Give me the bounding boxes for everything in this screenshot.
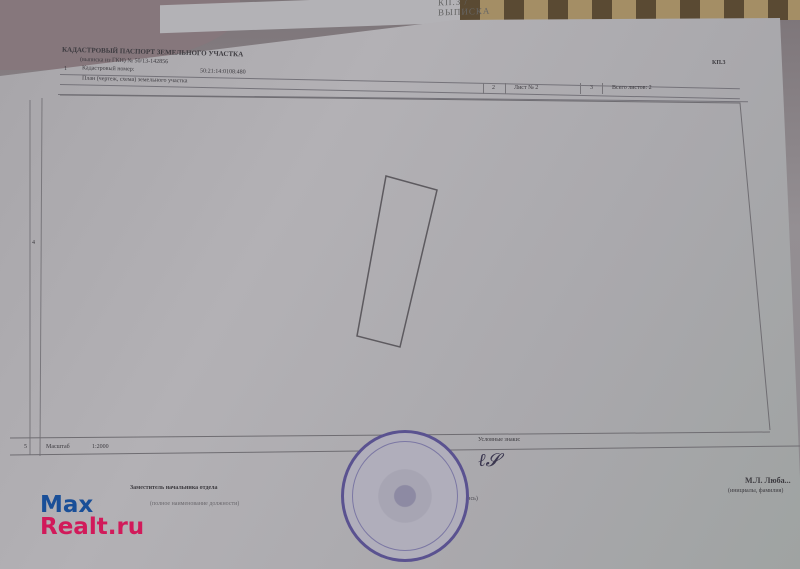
signer-caption: (инициалы, фамилия) <box>728 488 783 494</box>
watermark-line2: Realt.ru <box>40 516 144 538</box>
legend-label: Условные знаки: <box>478 437 520 443</box>
watermark-line1: Max <box>40 494 144 516</box>
signer-name: М.Л. Люба... <box>745 476 791 485</box>
position-title: Заместитель начальника отдела <box>130 485 218 491</box>
scale-label: Масштаб <box>46 444 70 450</box>
handwritten-signature: ℓ𝓢 <box>478 450 499 471</box>
row-number-5: 5 <box>24 444 27 450</box>
official-seal-icon <box>341 430 469 562</box>
land-plot-outline <box>357 176 437 347</box>
row-number-4: 4 <box>32 240 35 246</box>
position-caption: (полное наименование должности) <box>150 501 239 507</box>
scale-value: 1:2000 <box>92 444 109 450</box>
watermark-logo: Max Realt.ru <box>40 494 144 538</box>
